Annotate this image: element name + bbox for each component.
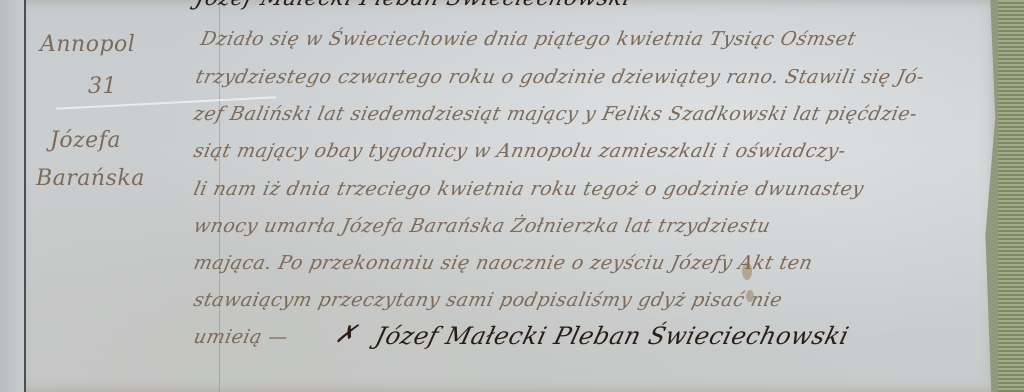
body-line-5: li nam iż dnia trzeciego kwietnia roku t… — [192, 178, 866, 200]
backdrop-fabric — [998, 0, 1024, 392]
margin-given-name: Józefa — [50, 128, 121, 153]
document-page: Józef Małecki Pleban Świeciechowski — An… — [26, 0, 1005, 392]
top-signature-fragment: Józef Małecki Pleban Świeciechowski — — [193, 0, 664, 11]
body-line-7: mająca. Po przekonaniu się naocznie o ze… — [192, 252, 815, 274]
body-line-8: stawaiącym przeczytany sami podpisaliśmy… — [192, 289, 785, 311]
priest-signature: Józef Małecki Pleban Świeciechowski — [373, 322, 852, 350]
body-line-6: wnocy umarła Józefa Barańska Żołnierzka … — [192, 215, 773, 237]
body-line-2: trzydziestego czwartego roku o godzinie … — [194, 66, 927, 88]
body-line-3: zef Baliński lat siedemdziesiąt mający y… — [192, 103, 920, 125]
margin-surname: Barańska — [36, 166, 145, 191]
body-line-1: Działo się w Świeciechowie dnia piątego … — [199, 28, 858, 50]
ink-stain — [746, 290, 754, 302]
body-line-4: siąt mający obay tygodnicy w Annopolu za… — [192, 140, 848, 162]
body-line-9: umieią — — [192, 326, 291, 348]
margin-place: Annopol — [40, 32, 135, 57]
previous-page-edge — [0, 0, 26, 392]
signature-cross-mark: ✗ — [333, 320, 361, 348]
margin-entry-number: 31 — [88, 74, 117, 99]
ink-stain — [742, 262, 752, 280]
